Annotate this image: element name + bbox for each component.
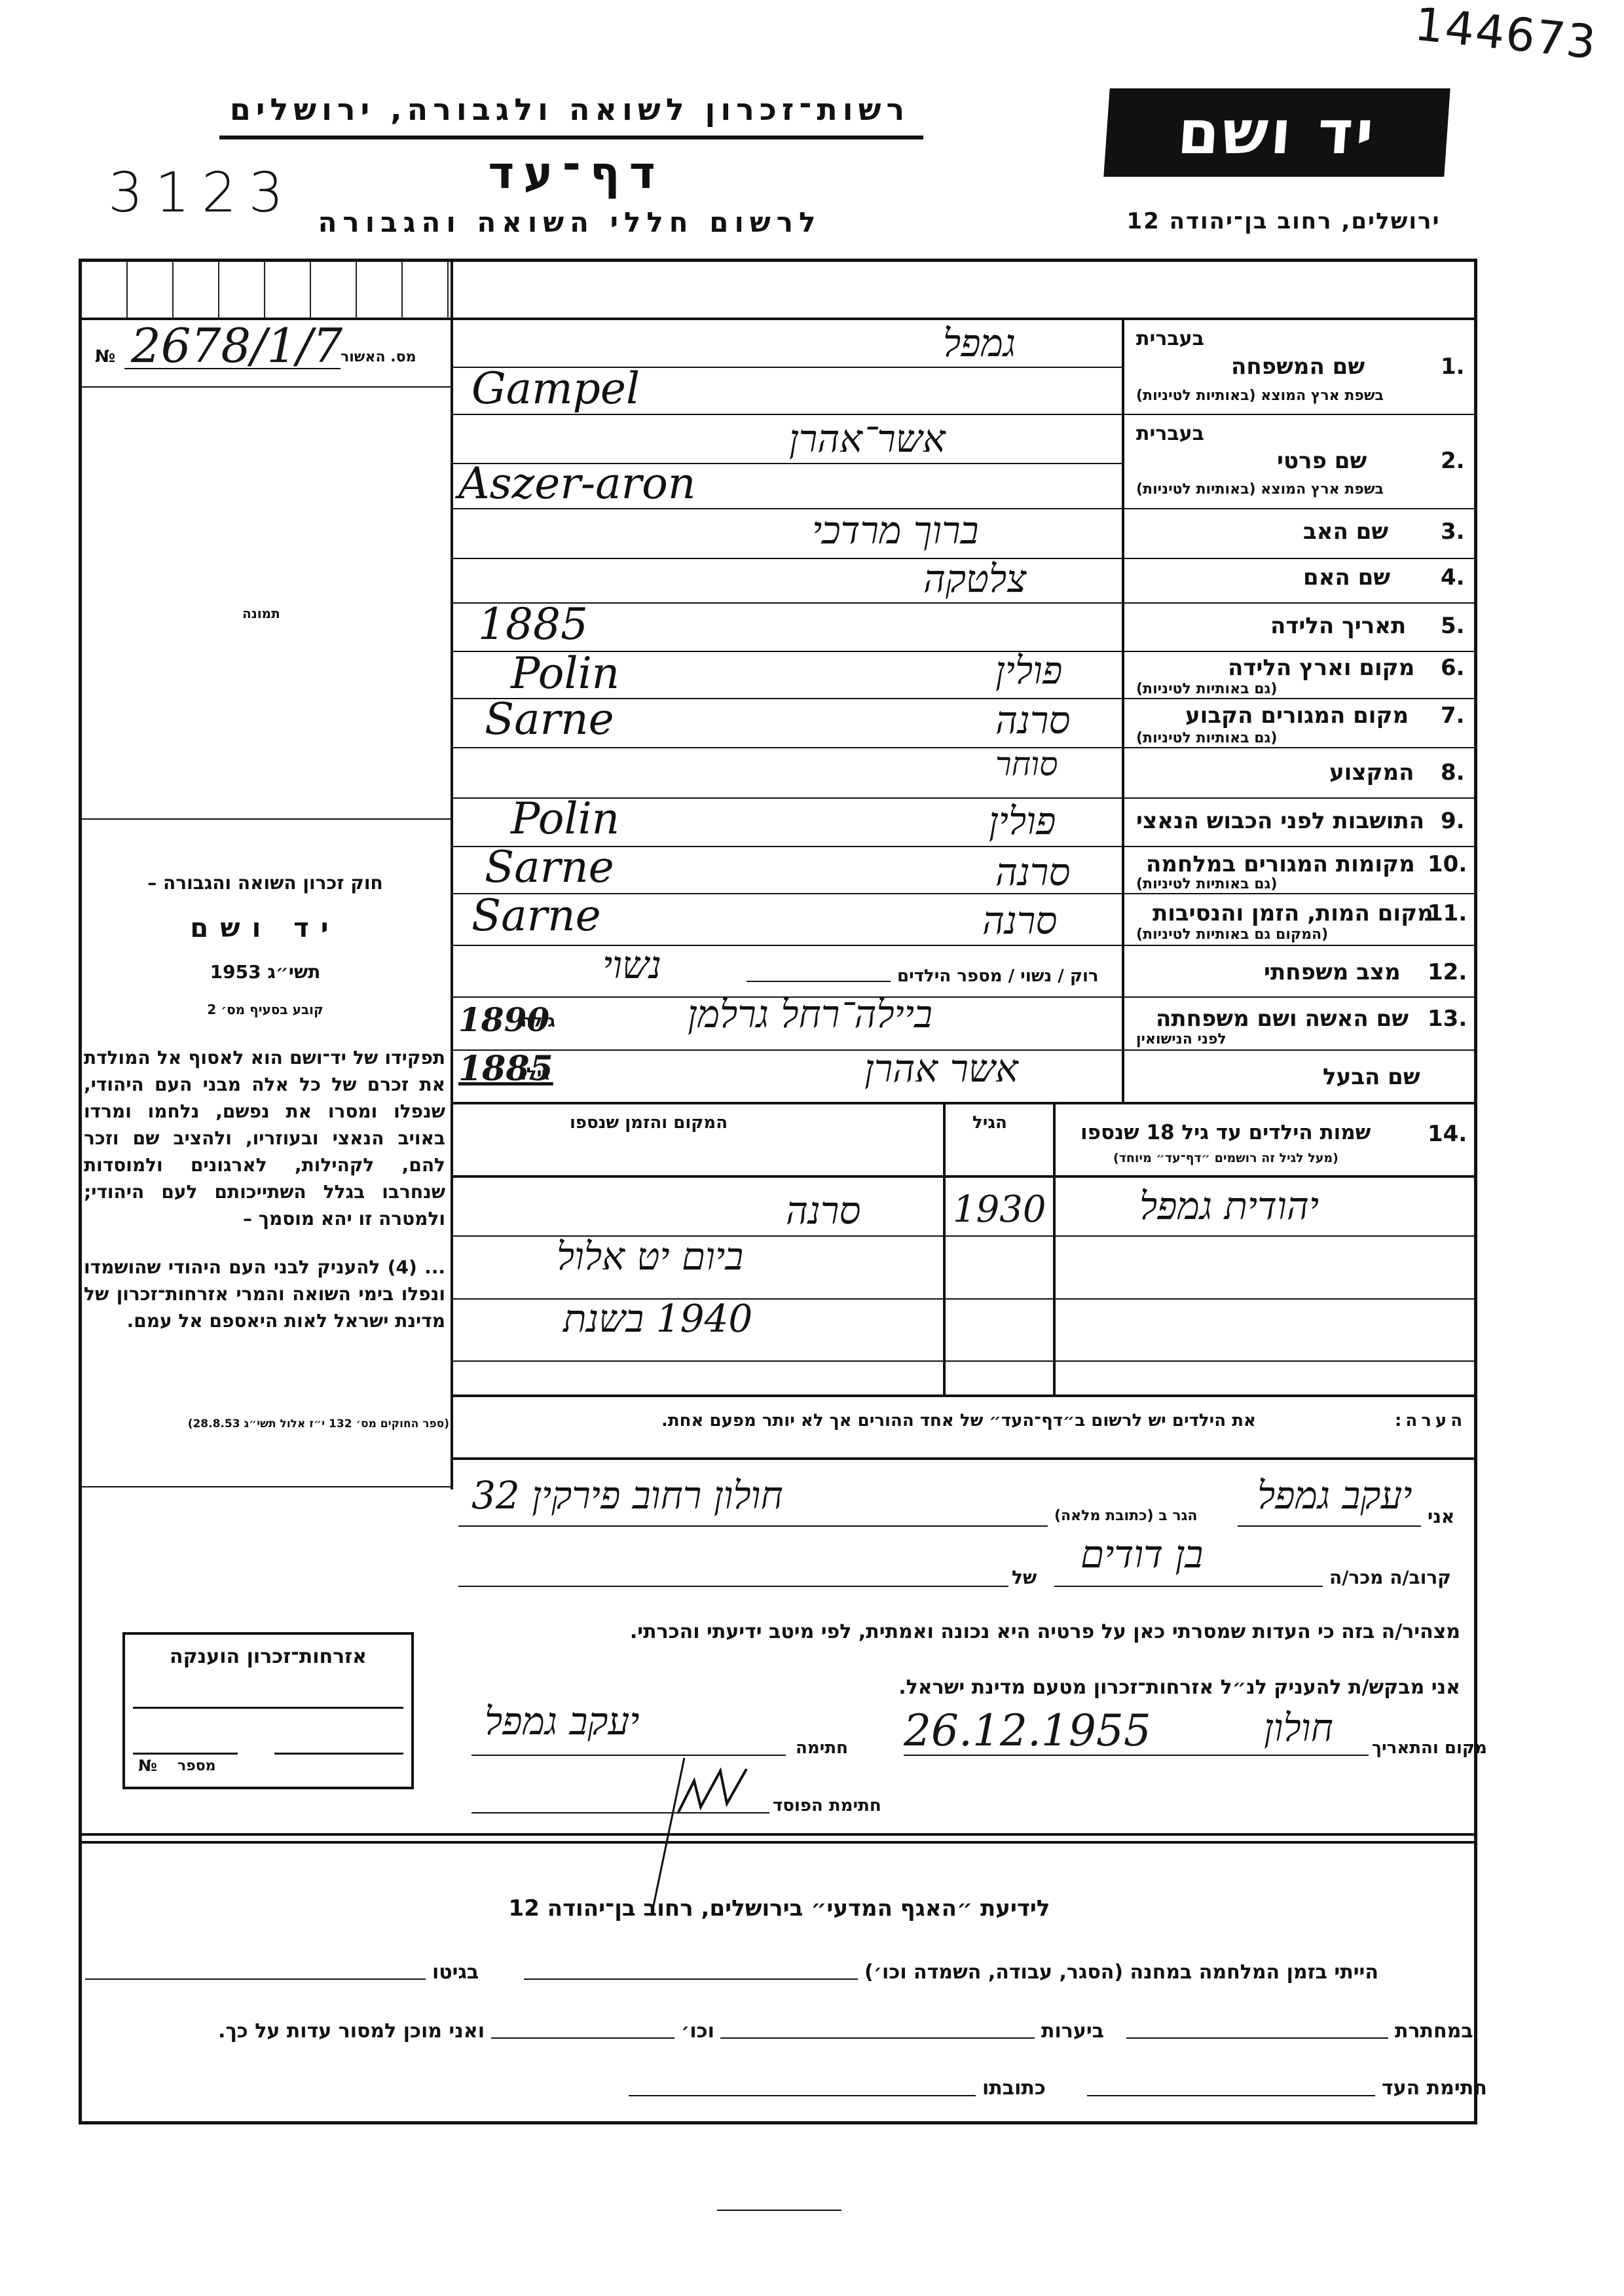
relation-label: קרוב/ה מכר/ה <box>1329 1567 1451 1588</box>
field-9-latin-value[interactable]: Polin <box>511 793 619 844</box>
note-text: את הילדים יש לרשום ב״דף־העד״ של אחד ההור… <box>661 1411 1256 1430</box>
stamp-title: אזרחות־זכרון הוענקה <box>125 1645 411 1668</box>
field-10-sub: (גם באותיות לטיניות) <box>1136 876 1277 892</box>
field-12-hebrew-value[interactable]: נשוי <box>602 943 661 987</box>
law-title: חוק זכרון השואה והגבורה – <box>80 872 451 894</box>
children-row-line-3 <box>451 1360 1477 1362</box>
footer-underground-label: במחתרת <box>1395 2020 1473 2043</box>
field-11-latin-value[interactable]: Sarne <box>471 890 601 941</box>
field-13-num: 13. <box>1428 1006 1467 1032</box>
footer-witness-signature-label: חתימת העד <box>1382 2077 1487 2100</box>
field-10-latin-value[interactable]: Sarne <box>485 842 614 892</box>
footer-camp-label: הייתי בזמן המלחמה במחנה (הסגר, עבודה, הש… <box>864 1961 1378 1984</box>
field-2-num: 2. <box>1441 448 1465 474</box>
field-1-num: 1. <box>1441 354 1465 380</box>
field-9-label: התושבות לפני הכבוש הנאצי <box>1136 808 1424 834</box>
footer-address-line <box>629 2095 976 2096</box>
address-line <box>458 1525 1048 1527</box>
row-line-12 <box>451 996 1477 998</box>
page-subtitle: לרשום חללי השואה והגבורה <box>295 206 845 238</box>
confirmation-box-line <box>80 386 451 388</box>
field-3-hebrew-value[interactable]: ברוך מרדכי <box>812 508 979 553</box>
husband-hebrew-value[interactable]: אשר אהרן <box>864 1046 1018 1091</box>
law-name: יד ושם <box>80 913 451 943</box>
note-label: הערה: <box>1395 1411 1466 1430</box>
field-10-label: מקומות המגורים במלחמה <box>1146 851 1415 877</box>
field-7-label: מקום המגורים הקבוע <box>1185 702 1409 729</box>
field-13-label: שם האשה ושם משפחתה <box>1156 1006 1409 1032</box>
code-boxes <box>82 261 451 318</box>
footer-address-label: כתובתו <box>982 2077 1046 2100</box>
of-line <box>458 1586 1008 1587</box>
child-3-place[interactable]: 1940 בשנת <box>563 1296 752 1341</box>
field-12-label: מצב משפחתי <box>1264 959 1401 985</box>
law-clause: קובע בסעיף מס׳ 2 <box>80 1002 451 1017</box>
field-2-top-note: בעברית <box>1136 422 1204 445</box>
law-citation: (ספר החוקים מס׳ 132 י״ז אלול תשי״ג 28.8.… <box>81 1417 449 1430</box>
children-col-divider-1 <box>1053 1102 1056 1396</box>
law-text-1: תפקידו של יד־ושם הוא לאסוף אל המולדת את … <box>84 1044 445 1232</box>
field-9-hebrew-value[interactable]: פולין <box>989 799 1056 843</box>
children-bottom-line <box>451 1394 1477 1397</box>
child-1-age[interactable]: 1930 <box>953 1188 1046 1231</box>
child-2-place[interactable]: ביום יט אלול <box>557 1234 743 1279</box>
field-13-hebrew-value[interactable]: ביילה־רחל גרלמן <box>688 992 932 1036</box>
field-1-latin-value[interactable]: Gampel <box>471 363 640 414</box>
confirmation-value[interactable]: 2678/1/7 <box>131 318 342 373</box>
row-line-1 <box>451 414 1477 415</box>
field-4-num: 4. <box>1441 564 1465 591</box>
stamp-line-2 <box>133 1753 238 1755</box>
field-1-top-note: בעברית <box>1136 327 1204 350</box>
field-2-hebrew-value[interactable]: אשר־אהרן <box>789 416 946 461</box>
field-5-label: תאריך הלידה <box>1270 613 1406 639</box>
address: ירושלים, רחוב בן־יהודה 12 <box>1113 208 1454 234</box>
children-label: שמות הילדים עד גיל 18 שנספו <box>1080 1121 1371 1144</box>
field-1-sub: בשפת ארץ המוצא (באותיות לטיניות) <box>1136 388 1384 404</box>
top-strip-divider <box>451 259 453 319</box>
signature-label: חתימה <box>796 1738 848 1758</box>
signature-line <box>471 1755 786 1756</box>
field-7-num: 7. <box>1441 702 1465 729</box>
declaration-bottom-line-1 <box>79 1833 1477 1836</box>
row-line-4 <box>451 602 1477 604</box>
field-6-hebrew-value[interactable]: פולין <box>995 648 1062 693</box>
field-6-label: מקום וארץ הלידה <box>1228 655 1414 681</box>
logo-text: יד ושם <box>1175 98 1378 168</box>
label-column-divider <box>1122 318 1124 1103</box>
field-12-blank <box>747 981 891 982</box>
field-5-value[interactable]: 1885 <box>478 599 588 649</box>
field-3-label: שם האב <box>1303 519 1388 545</box>
stamp-line-1 <box>133 1707 403 1709</box>
row-line-10 <box>451 893 1477 894</box>
declaration-bottom-line-2 <box>79 1841 1477 1844</box>
left-column-divider <box>451 318 453 1489</box>
stamp-no-label: מספר <box>177 1758 216 1774</box>
resides-label: הגר ב (כתובת מלאה) <box>1054 1508 1198 1524</box>
note-bottom-line <box>451 1457 1477 1460</box>
place-date-label: מקום והתאריך <box>1372 1738 1487 1758</box>
confirmation-prefix: № <box>95 347 115 367</box>
field-8-hebrew-value[interactable]: סוחר <box>995 745 1058 783</box>
footer-camp-line <box>524 1978 858 1980</box>
footer-forests-line <box>720 2037 1035 2039</box>
declaration-i-label: אני <box>1428 1506 1454 1527</box>
place-value[interactable]: חולון <box>1264 1705 1333 1750</box>
archive-number-top-right: 144673 <box>1412 0 1599 69</box>
row-line-14 <box>451 1102 1477 1104</box>
date-value[interactable]: 26.12.1955 <box>904 1705 1151 1756</box>
children-col-place: המקום והזמן שנספו <box>570 1113 728 1133</box>
citizenship-stamp: אזרחות־זכרון הוענקה מספר № <box>122 1632 414 1789</box>
child-1-place[interactable]: סרנה <box>786 1188 860 1233</box>
authority-title: רשות־זכרון לשואה ולגבורה, ירושלים <box>216 92 923 127</box>
husband-age-value[interactable]: 1885 <box>458 1049 553 1089</box>
field-4-hebrew-value[interactable]: צלטקה <box>923 556 1027 601</box>
footer-witness-signature-line <box>1087 2095 1375 2096</box>
husband-label: שם הבעל <box>1323 1064 1420 1090</box>
field-2-latin-value[interactable]: Aszer-aron <box>458 458 695 509</box>
relation-line <box>1054 1586 1323 1587</box>
relation-value[interactable]: בן דודים <box>1080 1532 1203 1576</box>
field-2-label: שם פרטי <box>1277 448 1367 474</box>
field-4-label: שם האם <box>1303 564 1390 591</box>
law-section-top <box>80 818 451 820</box>
field-12-num: 12. <box>1428 959 1467 985</box>
footer-testimony-label: ואני מוכן למסור עדות על כך. <box>92 2020 485 2043</box>
field-13-age-value[interactable]: 1890 <box>458 1000 549 1039</box>
field-5-num: 5. <box>1441 613 1465 639</box>
declaration-request: אני מבקש/ת להעניק לנ״ל אזרחות־זכרון מטעם… <box>471 1676 1460 1699</box>
field-6-sub: (גם באותיות לטיניות) <box>1136 681 1277 697</box>
children-col-age: הגיל <box>972 1113 1007 1133</box>
yad-vashem-logo: יד ושם <box>1103 88 1450 177</box>
row-line-7 <box>451 747 1477 748</box>
footer-ghetto-label: בגיטו <box>432 1961 479 1984</box>
field-6-latin-value[interactable]: Polin <box>511 648 619 699</box>
page-title: דף־עד <box>393 147 760 199</box>
field-7-sub: (גם באותיות לטיניות) <box>1136 730 1277 746</box>
field-1-hebrew-value[interactable]: גמפל <box>943 321 1016 365</box>
pen-stroke <box>648 1755 688 1918</box>
field-13-sub: לפני הנישואין <box>1136 1031 1227 1048</box>
field-7-hebrew-value[interactable]: סרנה <box>995 698 1070 742</box>
stamp-line-3 <box>274 1753 403 1755</box>
children-col-divider-2 <box>943 1102 946 1396</box>
authority-underline <box>219 136 923 139</box>
children-sub: (מעל לגיל זה רושמים ״דף־עד״ מיוחד) <box>1113 1151 1338 1165</box>
declaration-statement: מצהיר/ה בזה כי העדות שמסרתי כאן על פרטיה… <box>471 1620 1460 1643</box>
page-bottom-mark <box>717 2210 841 2211</box>
footer-etc-line <box>491 2037 674 2039</box>
footer-etc-label: וכו׳ <box>681 2020 714 2043</box>
footer-underground-line <box>1126 2037 1388 2039</box>
child-1-name[interactable]: יהודית גמפל <box>1139 1184 1319 1228</box>
declarant-name[interactable]: יעקב גמפל <box>1257 1473 1412 1518</box>
field-11-num: 11. <box>1428 900 1467 926</box>
field-3-num: 3. <box>1441 519 1465 545</box>
field-7-latin-value[interactable]: Sarne <box>485 694 614 744</box>
footer-forests-label: ביערות <box>1041 2020 1104 2043</box>
law-year: תשי״ג 1953 <box>80 961 451 983</box>
official-signature-label: חתימת הפוסד <box>773 1796 881 1815</box>
of-label: של <box>1012 1567 1037 1588</box>
field-11-sub: (המקום גם באותיות לטיניות) <box>1136 926 1328 943</box>
confirmation-label: מס. האשור <box>341 349 416 365</box>
field-8-label: המקצוע <box>1329 759 1414 786</box>
field-10-hebrew-value[interactable]: סרנה <box>995 850 1070 894</box>
field-2-sub: בשפת ארץ המוצא (באותיות לטיניות) <box>1136 481 1384 498</box>
children-header-line <box>451 1175 1477 1178</box>
declarant-address[interactable]: חולון רחוב פירקין 32 <box>471 1473 783 1518</box>
stamp-no-prefix: № <box>138 1757 157 1775</box>
footer-notice: לידיעת ״האגף המדעי״ בירושלים, רחוב בן־יה… <box>445 1895 1113 1922</box>
children-num: 14. <box>1428 1121 1467 1147</box>
field-11-label: מקום המות, הזמן והנסיבות <box>1153 900 1433 926</box>
field-1-label: שם המשפחה <box>1231 354 1365 380</box>
field-11-hebrew-value[interactable]: סרנה <box>982 898 1057 943</box>
declarant-name-line <box>1238 1525 1421 1527</box>
footer-ghetto-line <box>85 1978 426 1980</box>
field-10-num: 10. <box>1428 851 1467 877</box>
signature-value[interactable]: יעקב גמפל <box>485 1699 640 1743</box>
field-6-num: 6. <box>1441 655 1465 681</box>
law-section-bottom <box>80 1486 451 1487</box>
field-8-num: 8. <box>1441 759 1465 786</box>
field-12-prompt: רוק / נשוי / מספר הילדים <box>897 966 1099 986</box>
photo-label: תמונה <box>242 606 280 621</box>
field-9-num: 9. <box>1441 808 1465 834</box>
law-text-2: ... (4) להעניק לבני העם היהודי שהושמדו ו… <box>84 1254 445 1334</box>
archive-number-top-left: 3123 <box>108 160 295 225</box>
